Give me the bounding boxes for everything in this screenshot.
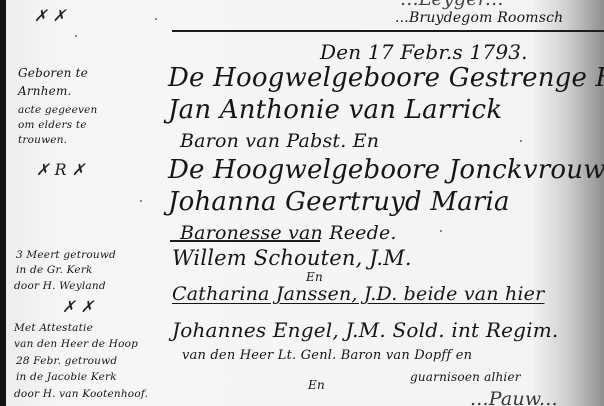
register-page: ...Leyger... ...Bruydegom Roomsch ✗ ✗ De… [0,0,604,406]
entry1-margin-marks: ✗ R ✗ [36,160,85,179]
entry3-conjunction: En [308,378,325,392]
entry-divider [170,240,320,242]
entry2-conjunction: En [306,270,323,284]
ink-speck [140,200,142,202]
ink-speck [520,140,522,142]
entry-date: Den 17 Febr.s 1793. [320,40,528,64]
entry3-bride-partial: ...Pauw... [470,388,558,406]
header-top-fragment: ...Leyger... [400,0,504,10]
entry1-groom-name: Jan Anthonie van Larrick [168,95,502,125]
entry1-groom-title-baron: Baron van Pabst. En [180,130,379,152]
section-divider [172,30,604,32]
entry2-margin-marks: ✗ ✗ [62,297,94,316]
top-marks: ✗ ✗ [34,6,66,25]
entry3-groom-regiment: van den Heer Lt. Genl. Baron van Dopff e… [182,348,472,363]
entry2-groom: Willem Schouten, J.M. [172,246,412,270]
entry3-groom-garrison: guarnisoen alhier [410,370,521,384]
ink-speck [440,230,442,232]
entry3-groom-name: Johannes Engel, J.M. Sold. int Regim. [172,318,558,342]
entry1-groom-title: De Hoogwelgeboore Gestrenge Heer [168,63,604,93]
entry2-bride: Catharina Janssen, J.D. beide van hier [172,283,544,305]
page-binding-edge [0,0,6,406]
entry1-bride-title: De Hoogwelgeboore Jonckvrouwe [168,155,604,185]
header-groom-religion: ...Bruydegom Roomsch [395,10,563,26]
entry1-bride-name: Johanna Geertruyd Maria [168,187,510,217]
ink-speck [155,18,157,20]
ink-speck [75,35,77,37]
